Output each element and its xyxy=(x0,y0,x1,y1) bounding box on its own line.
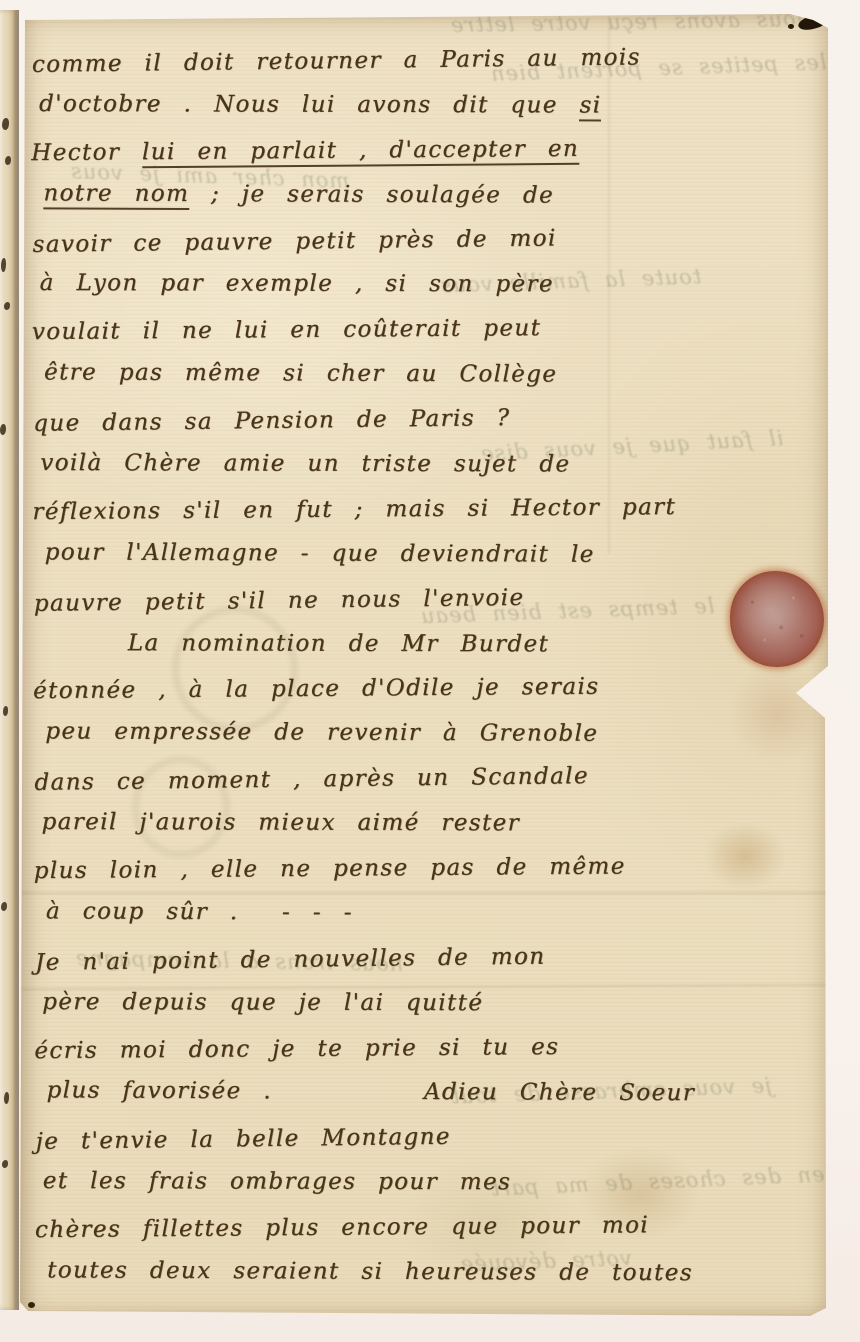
letter-line: et les frais ombrages pour mes xyxy=(43,1159,833,1206)
handwriting: chères fillettes plus encore que pour mo… xyxy=(35,1212,649,1243)
verso-ghost-text: nous avons reçu votre lettre xyxy=(450,7,811,37)
letter-line: voulait il ne lui en coûterait peut xyxy=(32,304,822,355)
letter-line: être pas même si cher au Collège xyxy=(44,351,834,399)
ink-speck xyxy=(0,424,6,435)
handwriting: voulait il ne lui en coûterait peut xyxy=(32,315,542,345)
letter-line: dans ce moment , après un Scandale xyxy=(34,751,824,806)
adjacent-page-edge xyxy=(0,10,19,1310)
handwriting: Je n'ai point de nouvelles de mon xyxy=(35,943,546,975)
handwriting: peu empressée de revenir à Grenoble xyxy=(45,719,598,747)
letter-line: plus favorisée . Adieu Chère Soeur xyxy=(46,1069,836,1117)
ink-speck xyxy=(4,1092,9,1104)
handwriting: étonnée , à la place d'Odile je serais xyxy=(33,674,599,704)
letter-line: La nomination de Mr Burdet xyxy=(41,621,831,668)
letter-line: plus loin , elle ne pense pas de même xyxy=(34,843,824,894)
handwriting: réflexions s'il en fut ; mais si Hector … xyxy=(32,494,676,525)
letter-line: écris moi donc je te prie si tu es xyxy=(34,1022,824,1073)
handwriting: que dans sa Pension de Paris ? xyxy=(33,405,511,437)
ink-speck xyxy=(5,156,11,165)
letter-line: toutes deux seraient si heureuses de tou… xyxy=(47,1248,837,1296)
handwriting: comme il doit retourner a Paris au mois xyxy=(32,44,641,77)
ink-speck xyxy=(2,118,9,130)
letter-line: pauvre petit s'il ne nous l'envoie xyxy=(34,572,824,627)
handwriting: savoir ce pauvre petit près de moi xyxy=(32,225,556,257)
handwriting: pour l'Allemagne - que deviendrait le xyxy=(45,539,595,567)
handwriting: être pas même si cher au Collège xyxy=(44,360,557,388)
letter-line: que dans sa Pension de Paris ? xyxy=(33,392,823,447)
handwriting: Hector xyxy=(31,139,142,166)
photograph-backdrop: { "document": { "kind": "handwritten-let… xyxy=(0,0,860,1342)
handwriting: pauvre petit s'il ne nous l'envoie xyxy=(34,585,525,617)
handwriting: écris moi donc je te prie si tu es xyxy=(34,1034,559,1064)
letter-line: réflexions s'il en fut ; mais si Hector … xyxy=(32,484,822,535)
letter-line: peu empressée de revenir à Grenoble xyxy=(45,710,835,758)
handwriting: dans ce moment , après un Scandale xyxy=(34,763,589,796)
handwriting: plus loin , elle ne pense pas de même xyxy=(34,853,626,884)
handwriting: père depuis que je l'ai quitté xyxy=(42,989,483,1016)
letter-line: Hector lui en parlait , d'accepter en xyxy=(31,125,821,176)
letter-line: savoir ce pauvre petit près de moi xyxy=(32,213,822,268)
letter-text: comme il doit retourner a Paris au moisd… xyxy=(32,37,826,1297)
letter-line: voilà Chère amie un triste sujet de xyxy=(40,441,830,488)
underlined-handwriting: si xyxy=(579,92,601,121)
handwriting: et les frais ombrages pour mes xyxy=(43,1168,511,1195)
ink-speck xyxy=(1,258,6,272)
letter-page: nous avons reçu votre lettreles petites … xyxy=(20,14,828,1318)
ink-speck xyxy=(4,302,10,310)
letter-line: notre nom ; je serais soulagée de xyxy=(43,171,833,219)
handwriting: toutes deux seraient si heureuses de tou… xyxy=(47,1257,693,1286)
handwriting: voilà Chère amie un triste sujet de xyxy=(40,450,570,477)
handwriting: d'octobre . Nous lui avons dit que xyxy=(39,91,580,118)
underlined-handwriting: lui en parlait , d'accepter en xyxy=(142,136,579,168)
handwriting: je t'envie la belle Montagne xyxy=(36,1124,451,1155)
handwriting: à coup sûr . - - - xyxy=(46,898,353,925)
letter-line: étonnée , à la place d'Odile je serais xyxy=(33,663,823,714)
letter-line: à Lyon par exemple , si son père xyxy=(40,261,830,308)
handwriting: pareil j'aurois mieux aimé rester xyxy=(42,809,521,836)
letter-line: chères fillettes plus encore que pour mo… xyxy=(35,1202,825,1253)
letter-line: je t'envie la belle Montagne xyxy=(35,1111,825,1166)
letter-line: pour l'Allemagne - que deviendrait le xyxy=(45,530,835,578)
ink-speck xyxy=(788,24,794,29)
ink-speck xyxy=(28,1302,35,1308)
handwriting: plus favorisée . Adieu Chère Soeur xyxy=(46,1078,695,1107)
handwriting: ; je serais soulagée de xyxy=(189,181,554,209)
letter-line: comme il doit retourner a Paris au mois xyxy=(32,33,822,88)
letter-line: Je n'ai point de nouvelles de mon xyxy=(35,931,825,986)
ink-speck xyxy=(3,706,8,716)
handwriting: à Lyon par exemple , si son père xyxy=(40,270,554,297)
handwriting: La nomination de Mr Burdet xyxy=(41,630,549,657)
letter-line: d'octobre . Nous lui avons dit que si xyxy=(39,82,829,129)
wax-seal xyxy=(730,571,824,667)
letter-line: à coup sûr . - - - xyxy=(46,889,836,937)
underlined-handwriting: notre nom xyxy=(43,180,189,210)
ink-speck xyxy=(1,902,7,911)
letter-line: pareil j'aurois mieux aimé rester xyxy=(41,800,831,847)
letter-line: père depuis que je l'ai quitté xyxy=(42,980,832,1027)
ink-speck xyxy=(2,1160,8,1168)
